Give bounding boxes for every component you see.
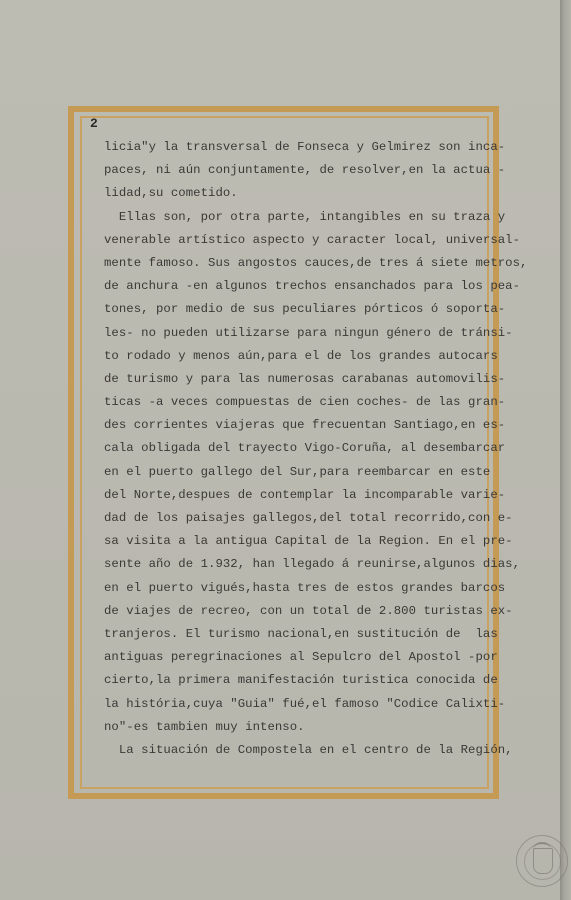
text-line: en el puerto gallego del Sur,para reemba… xyxy=(104,461,484,484)
text-line: tranjeros. El turismo nacional,en sustit… xyxy=(104,623,484,646)
text-line: del Norte,despues de contemplar la incom… xyxy=(104,484,484,507)
text-line: lidad,su cometido. xyxy=(104,182,484,205)
text-line: cala obligada del trayecto Vigo-Coruña, … xyxy=(104,437,484,460)
text-line: de turismo y para las numerosas carabana… xyxy=(104,368,484,391)
text-line: ticas -a veces compuestas de cien coches… xyxy=(104,391,484,414)
text-line: dad de los paisajes gallegos,del total r… xyxy=(104,507,484,530)
typewritten-body: licia"y la transversal de Fonseca y Gelm… xyxy=(104,136,484,762)
text-line: en el puerto vigués,hasta tres de estos … xyxy=(104,577,484,600)
text-line: la história,cuya "Guia" fué,el famoso "C… xyxy=(104,693,484,716)
text-line: tones, por medio de sus peculiares pórti… xyxy=(104,298,484,321)
text-line: licia"y la transversal de Fonseca y Gelm… xyxy=(104,136,484,159)
text-line: no"-es tambien muy intenso. xyxy=(104,716,484,739)
text-line: de anchura -en algunos trechos ensanchad… xyxy=(104,275,484,298)
university-seal-stamp-icon xyxy=(516,835,568,887)
text-line: des corrientes viajeras que frecuentan S… xyxy=(104,414,484,437)
text-line: La situación de Compostela en el centro … xyxy=(104,739,484,762)
text-line: sa visita a la antigua Capital de la Reg… xyxy=(104,530,484,553)
text-line: mente famoso. Sus angostos cauces,de tre… xyxy=(104,252,484,275)
text-line: venerable artístico aspecto y caracter l… xyxy=(104,229,484,252)
coat-of-arms-icon xyxy=(533,848,553,874)
text-line: les- no pueden utilizarse para ningun gé… xyxy=(104,322,484,345)
text-line: to rodado y menos aún,para el de los gra… xyxy=(104,345,484,368)
text-line: Ellas son, por otra parte, intangibles e… xyxy=(104,206,484,229)
text-line: de viajes de recreo, con un total de 2.8… xyxy=(104,600,484,623)
page-number: 2 xyxy=(90,116,98,131)
text-line: paces, ni aún conjuntamente, de resolver… xyxy=(104,159,484,182)
text-line: sente año de 1.932, han llegado á reunir… xyxy=(104,553,484,576)
text-line: antiguas peregrinaciones al Sepulcro del… xyxy=(104,646,484,669)
text-line: cierto,la primera manifestación turistic… xyxy=(104,669,484,692)
page-edge xyxy=(560,0,571,900)
